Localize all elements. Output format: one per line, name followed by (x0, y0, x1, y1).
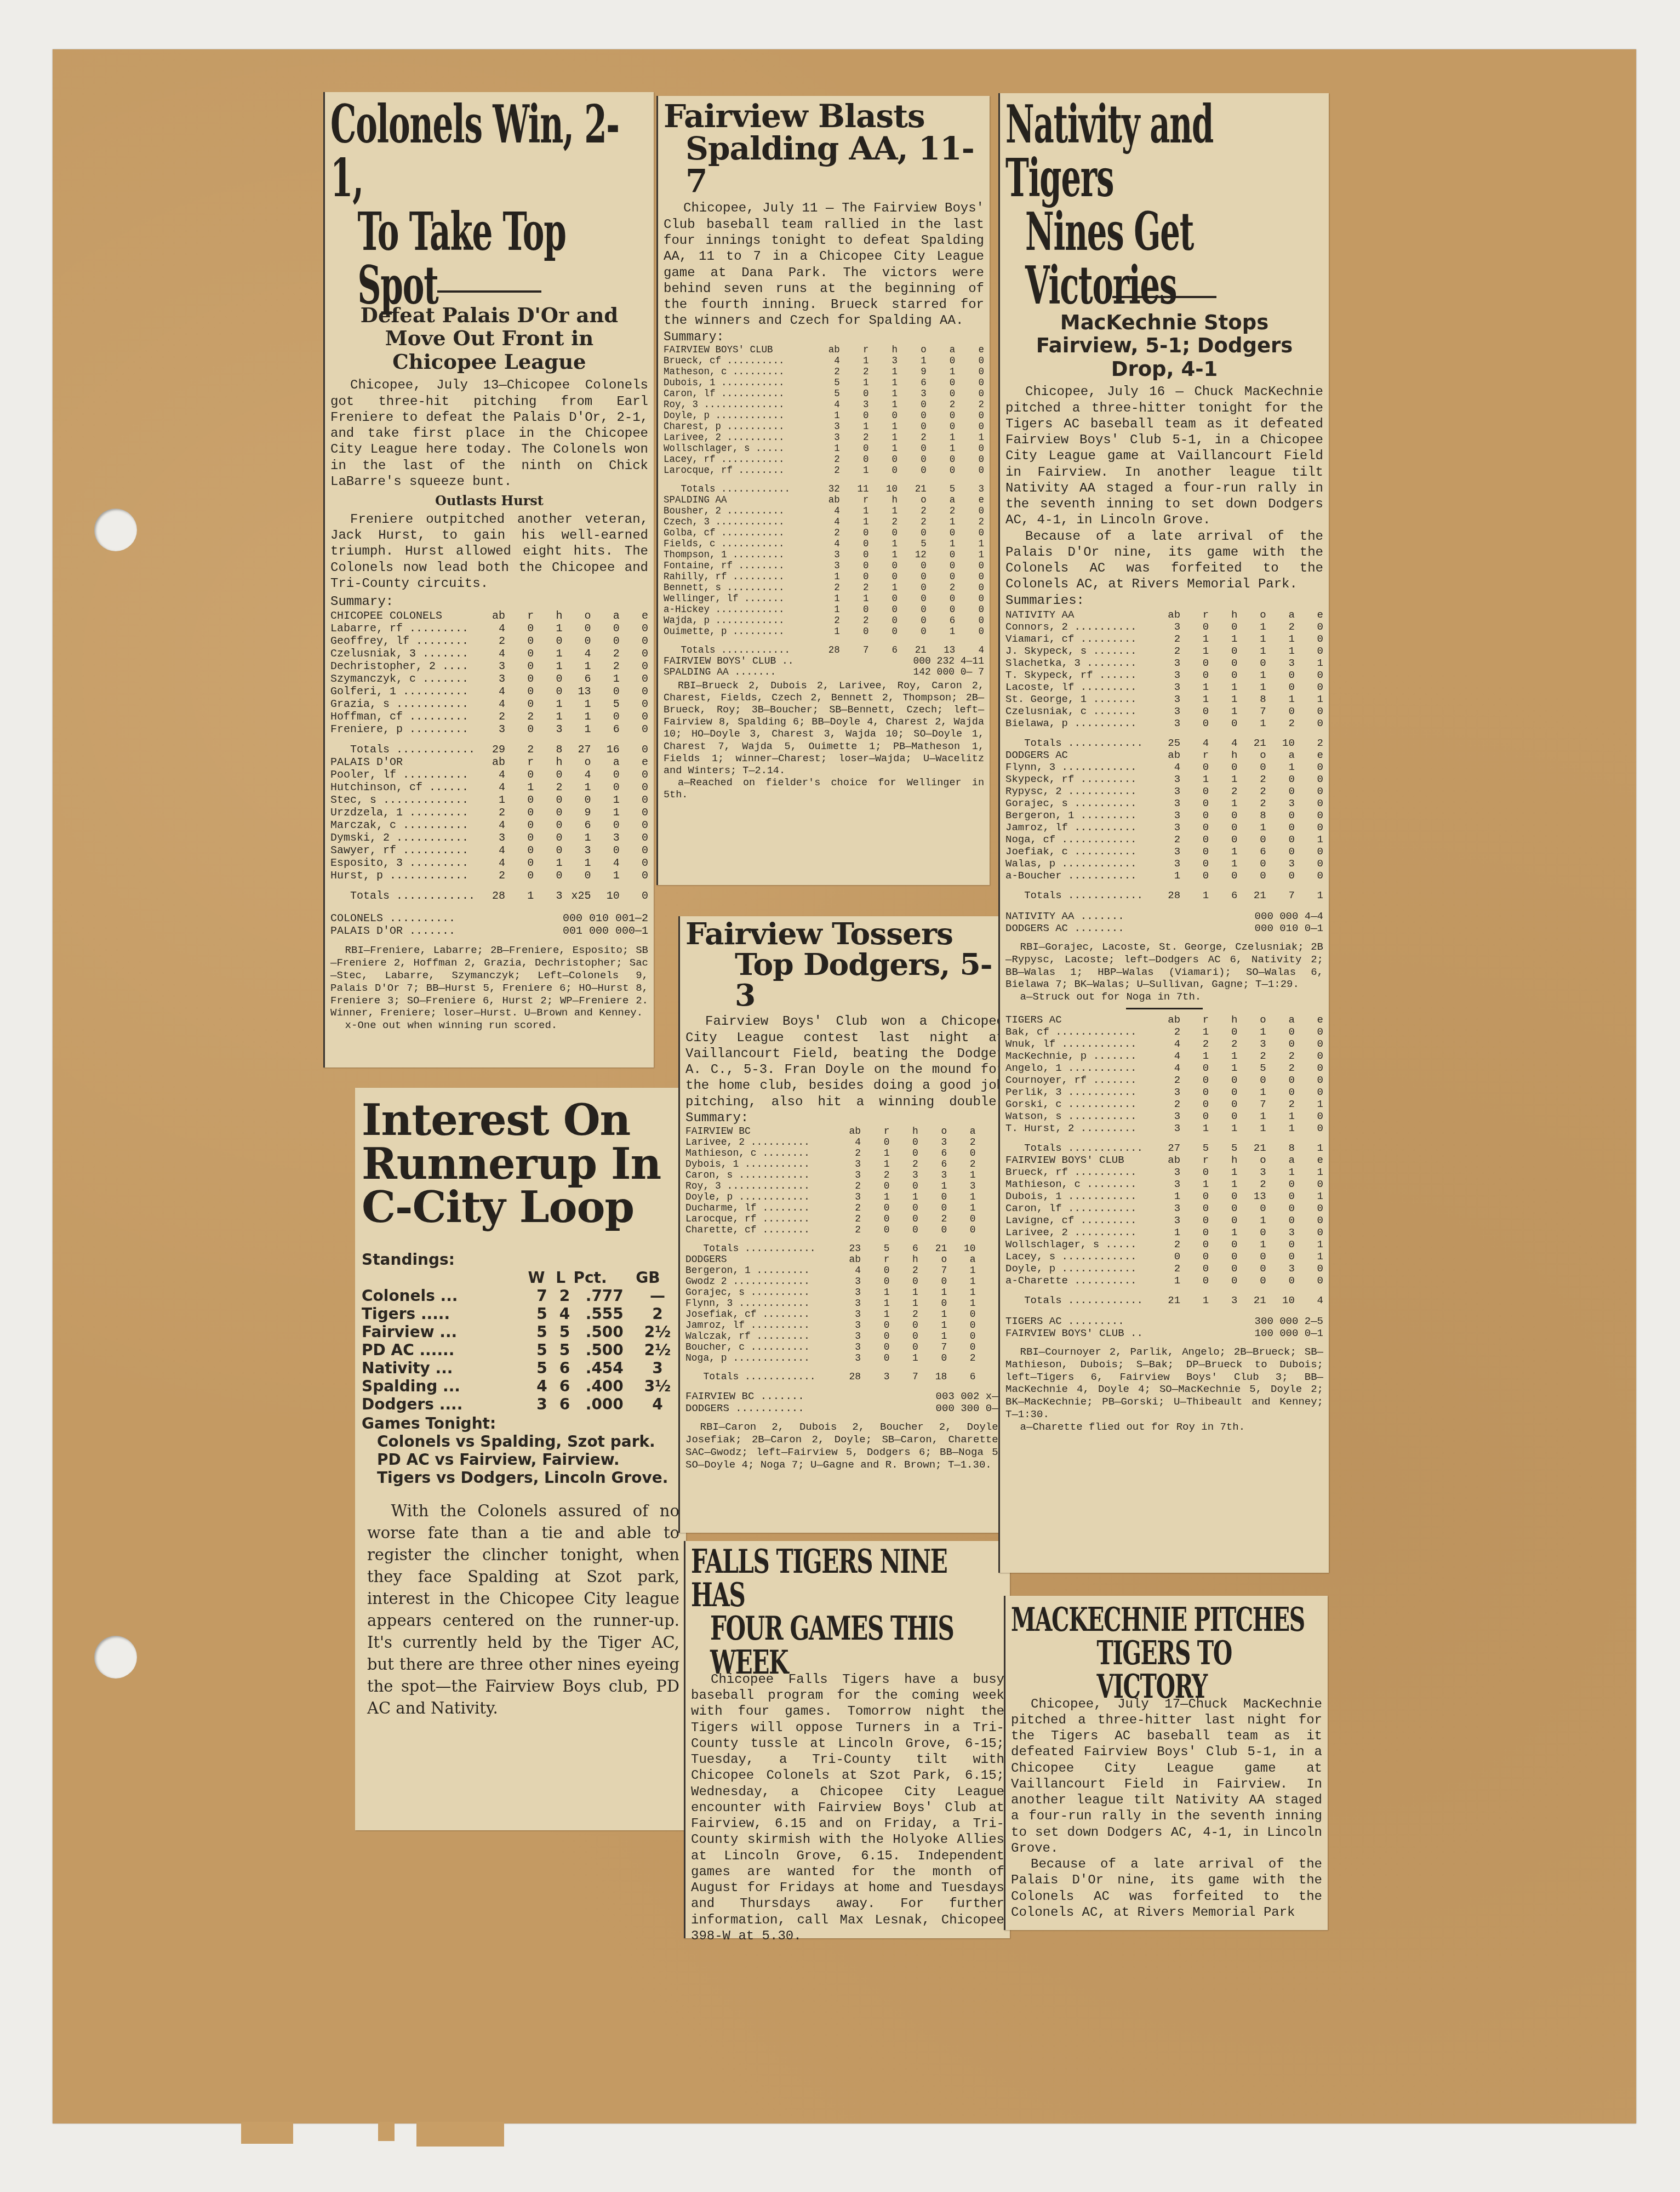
notes-text: RBI—Cournoyer 2, Parlik, Angelo; 2B—Brue… (1005, 1346, 1323, 1421)
box-score-table: FAIRVIEW BOYS' CLUBabrhoaeBrueck, cf ...… (664, 345, 984, 495)
paragraph: With the Colonels assured of no worse fa… (367, 1500, 679, 1719)
box-header-row: DODGERS ACabrhoae (1005, 749, 1323, 761)
subheadline: MacKechnie Stops Fairview, 5-1; Dodgers … (1005, 311, 1323, 381)
player-row: Dubois, 1 ...........1001301 (1005, 1190, 1323, 1202)
player-row: Gwodz 2 .............300010 (685, 1276, 1004, 1287)
line-score-row: COLONELS ..........000 010 001—2 (330, 912, 648, 925)
player-row: Stec, s .............100010 (330, 794, 648, 807)
headline: Nativity and Tigers Nines Get Victories (1005, 98, 1321, 312)
box-header-row: CHICOPEE COLONELSabrhoae (330, 610, 648, 623)
player-row: Larivee, 2 ..........101030 (1005, 1226, 1323, 1238)
line-score-row: SPALDING AA .......142 000 0— 7 (664, 667, 984, 678)
player-row: Thompson, 1 .........3011201 (664, 550, 984, 561)
standings-row: Dodgers ....36.0004 (362, 1395, 679, 1413)
article-body: Chicopee, July 16 — Chuck MacKechnie pit… (1005, 384, 1323, 592)
headline: Colonels Win, 2-1, To Take Top Spot (330, 98, 647, 312)
player-row: Ducharme, lf ........200010 (685, 1203, 1004, 1214)
box-score-table: SPALDING AAabrhoaeBousher, 2 ..........4… (664, 495, 984, 656)
paragraph: Freniere outpitched another veteran, Jac… (330, 512, 648, 592)
box-score-table: PALAIS D'ORabrhoaePooler, lf ..........4… (330, 756, 648, 903)
player-row: Marczak, c ..........400600 (330, 819, 648, 832)
standings-row: Spalding ...46.4003½ (362, 1377, 679, 1395)
headline-line: Top Dodgers, 5-3 (685, 949, 1004, 1011)
player-row: Lacey, s ............000001 (1005, 1251, 1323, 1263)
standings-row: Fairview ...55.5002½ (362, 1323, 679, 1341)
article-body: Chicopee, July 11 — The Fairview Boys' C… (664, 201, 984, 329)
player-row: Brueck, rf ..........301311 (1005, 1166, 1323, 1178)
paragraph: Chicopee, July 17—Chuck MacKechnie pitch… (1011, 1697, 1322, 1857)
headline-line: Spalding AA, 11-7 (664, 133, 984, 197)
footnote: a—Struck out for Noga in 7th. (1005, 991, 1323, 1003)
player-row: Caron, s ............323311 (685, 1170, 1004, 1181)
player-row: J. Skypeck, s .......210110 (1005, 645, 1323, 657)
footnote: x-One out when winning run scored. (330, 1019, 648, 1032)
box-scores: FAIRVIEW BCabrhoaeLarivee, 2 ..........4… (685, 1126, 1004, 1383)
totals-row: Totals ............254421102 (1005, 729, 1323, 749)
player-row: Slachetka, 3 ........300031 (1005, 657, 1323, 669)
box-score-table: TIGERS ACabrhoaeBak, cf .............210… (1005, 1014, 1323, 1154)
headline: Interest On Runnerup In C-City Loop (362, 1099, 679, 1230)
clipping-fairview-blasts: Fairview Blasts Spalding AA, 11-7 Chicop… (656, 96, 990, 885)
totals-row: Totals ............211321104 (1005, 1287, 1323, 1306)
player-row: St. George, 1 .......311811 (1005, 693, 1323, 705)
player-row: Dechristopher, 2 ....301120 (330, 660, 648, 673)
player-row: Hutchinson, cf ......412100 (330, 781, 648, 794)
player-row: Hoffman, cf .........221100 (330, 711, 648, 723)
game-item: Tigers vs Dodgers, Lincoln Grove. (362, 1469, 679, 1487)
totals-row: Totals ............28162171 (1005, 882, 1323, 901)
clipping-nativity-tigers: Nativity and Tigers Nines Get Victories … (998, 93, 1329, 1573)
line-score-2: TIGERS AC .........300 000 2—5FAIRVIEW B… (1005, 1315, 1323, 1339)
paragraph: Chicopee Falls Tigers have a busy baseba… (691, 1672, 1004, 1945)
player-row: Wellinger, lf .......110000 (664, 593, 984, 604)
player-row: Czech, 3 ............412212 (664, 517, 984, 528)
player-row: Golferi, 1 ..........4001300 (330, 686, 648, 698)
player-row: Charest, p ..........311000 (664, 421, 984, 432)
player-row: Lavigne, cf .........300100 (1005, 1214, 1323, 1226)
clipping-colonels-win: Colonels Win, 2-1, To Take Top Spot Defe… (323, 92, 654, 1068)
box-header-row: FAIRVIEW BOYS' CLUBabrhoae (1005, 1154, 1323, 1166)
article-body-2: Freniere outpitched another veteran, Jac… (330, 512, 648, 592)
player-row: Pooler, lf ..........400400 (330, 769, 648, 781)
player-row: Larocque, rf ........200200 (685, 1214, 1004, 1225)
headline-line: Runnerup In (362, 1143, 679, 1186)
player-row: Roy, 3 ..............200131 (685, 1181, 1004, 1192)
player-row: Gorski, c ...........200721 (1005, 1098, 1323, 1110)
headline: Fairview Blasts Spalding AA, 11-7 (664, 100, 984, 197)
player-row: Wollschlager, s .....101010 (664, 443, 984, 454)
player-row: Jamroz, lf ..........300100 (685, 1320, 1004, 1331)
player-row: Czelusniak, c .......301700 (1005, 705, 1323, 717)
player-row: Doyle, p ............100000 (664, 410, 984, 421)
player-row: Labarre, rf .........401000 (330, 623, 648, 635)
player-row: Flynn, 3 ............400010 (1005, 761, 1323, 773)
player-row: Angelo, 1 ...........401520 (1005, 1062, 1323, 1074)
clipping-mackechnie-pitches: MACKECHNIE PITCHES TIGERS TO VICTORY Chi… (1004, 1596, 1328, 1930)
headline-line: Nines Get Victories (1005, 205, 1321, 312)
game-notes: RBI—Caron 2, Dubois 2, Boucher 2, Doyle,… (685, 1421, 1004, 1471)
line-score: FAIRVIEW BC .......003 002 x—5DODGERS ..… (685, 1390, 1004, 1414)
player-row: Doyle, p ............311010 (685, 1192, 1004, 1203)
player-row: Gorajec, s ..........311110 (685, 1287, 1004, 1298)
punch-hole-top (94, 509, 137, 551)
standings-row: Tigers .....54.5552 (362, 1305, 679, 1323)
paragraph: Because of a late arrival of the Palais … (1011, 1857, 1322, 1921)
player-row: a-Hickey ............100000 (664, 604, 984, 615)
player-row: Walas, p ............301030 (1005, 858, 1323, 870)
player-row: Roy, 3 ..............431022 (664, 399, 984, 410)
notes-text: RBI—Freniere, Labarre; 2B—Freniere, Espo… (330, 944, 648, 1019)
standings-row: Colonels ...72.777— (362, 1287, 679, 1305)
headline-line: C-City Loop (362, 1186, 679, 1230)
footnote: a—Charette flied out for Roy in 7th. (1005, 1421, 1323, 1434)
paragraph: Chicopee, July 11 — The Fairview Boys' C… (664, 201, 984, 329)
player-row: Szymanczyk, c .......300610 (330, 673, 648, 686)
player-row: Dubois, 1 ...........511600 (664, 378, 984, 389)
line-score-row: FAIRVIEW BOYS' CLUB ..000 232 4—11 (664, 656, 984, 667)
game-item: Colonels vs Spalding, Szot park. (362, 1432, 679, 1451)
player-row: Mathieson, c ........210600 (685, 1148, 1004, 1159)
box-score-table: FAIRVIEW BOYS' CLUBabrhoaeBrueck, rf ...… (1005, 1154, 1323, 1306)
player-row: Flynn, 3 ............311010 (685, 1298, 1004, 1309)
headline: MACKECHNIE PITCHES TIGERS TO VICTORY (1011, 1603, 1320, 1704)
standings-label: Standings: (362, 1251, 679, 1269)
summary-label: Summary: (330, 594, 648, 610)
player-row: Joefiak, c ..........301600 (1005, 846, 1323, 858)
player-row: T. Skypeck, rf ......300100 (1005, 669, 1323, 681)
standings: Standings: WLPct.GBColonels ...72.777—Ti… (362, 1251, 679, 1487)
player-row: Lacey, rf ...........200000 (664, 454, 984, 465)
article-body: Chicopee, July 13—Chicopee Colonels got … (330, 378, 648, 490)
article-body: Fairview Boys' Club won a Chicopee City … (685, 1014, 1004, 1126)
player-row: Larivee, 2 ..........400320 (685, 1137, 1004, 1148)
line-score-row: FAIRVIEW BOYS' CLUB ..100 000 0—1 (1005, 1327, 1323, 1339)
player-row: Rahilly, rf .........100000 (664, 572, 984, 583)
box-header-row: NATIVITY AAabrhoae (1005, 609, 1323, 621)
line-score: FAIRVIEW BOYS' CLUB ..000 232 4—11SPALDI… (664, 656, 984, 678)
player-row: Walczak, rf .........300101 (685, 1331, 1004, 1342)
player-row: Fields, c ...........401511 (664, 539, 984, 550)
game-notes: RBI—Freniere, Labarre; 2B—Freniere, Espo… (330, 944, 648, 1032)
box-scores: FAIRVIEW BOYS' CLUBabrhoaeBrueck, cf ...… (664, 345, 984, 656)
player-row: a-Charette ..........100000 (1005, 1275, 1323, 1287)
clipping-falls-tigers: FALLS TIGERS NINE HAS FOUR GAMES THIS WE… (684, 1541, 1010, 1938)
player-row: Matheson, c .........221910 (664, 367, 984, 378)
player-row: Freniere, p .........303160 (330, 723, 648, 736)
article-body: Chicopee Falls Tigers have a busy baseba… (691, 1672, 1004, 1945)
box-scores: NATIVITY AAabrhoaeConnors, 2 ..........3… (1005, 609, 1323, 901)
player-row: Ouimette, p .........100010 (664, 626, 984, 637)
player-row: Viamari, cf .........211110 (1005, 633, 1323, 645)
player-row: Perlik, 3 ...........300100 (1005, 1086, 1323, 1098)
punch-hole-bottom (94, 1636, 137, 1679)
player-row: Larocque, rf ........210000 (664, 465, 984, 476)
player-row: Connors, 2 ..........300120 (1005, 621, 1323, 633)
player-row: Larivee, 2 ..........321211 (664, 432, 984, 443)
headline-line: Fairview Tossers (685, 918, 1004, 949)
article-body: With the Colonels assured of no worse fa… (362, 1500, 679, 1719)
box-score-table: NATIVITY AAabrhoaeConnors, 2 ..........3… (1005, 609, 1323, 749)
headline: FALLS TIGERS NINE HAS FOUR GAMES THIS WE… (691, 1545, 1002, 1680)
box-header-row: DODGERSabrhoae (685, 1254, 1004, 1265)
player-row: Dybois, 1 ...........312620 (685, 1159, 1004, 1170)
player-row: Grazia, s ...........401150 (330, 698, 648, 711)
player-row: Skypeck, rf .........311200 (1005, 773, 1323, 785)
line-score-row: DODGERS ...........000 300 0—3 (685, 1402, 1004, 1414)
player-row: Sawyer, rf ..........400300 (330, 844, 648, 857)
player-row: Czelusniak, 3 .......401420 (330, 648, 648, 660)
standings-row: Nativity ...56.4543 (362, 1359, 679, 1377)
notes-text: RBI—Gorajec, Lacoste, St. George, Czelus… (1005, 941, 1323, 991)
headline-line: FALLS TIGERS NINE HAS (691, 1545, 1002, 1612)
player-row: Wajda, p ............220060 (664, 615, 984, 626)
summary-label: Summary: (664, 329, 984, 345)
player-row: Noga, cf ............200001 (1005, 834, 1323, 846)
player-row: Lacoste, lf .........311100 (1005, 681, 1323, 693)
paragraph: Chicopee, July 16 — Chuck MacKechnie pit… (1005, 384, 1323, 528)
player-row: MacKechnie, p .......411220 (1005, 1050, 1323, 1062)
games-tonight: Colonels vs Spalding, Szot park.PD AC vs… (362, 1432, 679, 1487)
game-notes: RBI—Gorajec, Lacoste, St. George, Czelus… (1005, 941, 1323, 1003)
player-row: Caron, lf ...........501300 (664, 389, 984, 399)
headline-line: Nativity and Tigers (1005, 98, 1321, 205)
notes-text: RBI—Caron 2, Dubois 2, Boucher 2, Doyle,… (685, 1421, 1004, 1471)
line-score-row: DODGERS AC ........000 010 0—1 (1005, 922, 1323, 934)
headline-line: MACKECHNIE PITCHES (1011, 1603, 1320, 1637)
paragraph: Because of a late arrival of the Palais … (1005, 529, 1323, 593)
player-row: Doyle, p ............200030 (1005, 1263, 1323, 1275)
player-row: Watson, s ...........300110 (1005, 1110, 1323, 1122)
box-header-row: SPALDING AAabrhoae (664, 495, 984, 506)
player-row: Hurst, p ............200010 (330, 870, 648, 882)
game-item: PD AC vs Fairview, Fairview. (362, 1451, 679, 1469)
headline-line: Colonels Win, 2-1, (330, 98, 647, 205)
headline-line: To Take Top Spot (330, 205, 647, 312)
box-score-table: CHICOPEE COLONELSabrhoaeLabarre, rf ....… (330, 610, 648, 756)
player-row: Rypysc, 2 ...........302200 (1005, 785, 1323, 797)
box-header-row: FAIRVIEW BOYS' CLUBabrhoae (664, 345, 984, 356)
game-notes: RBI—Brueck 2, Dubois 2, Larivee, Roy, Ca… (664, 680, 984, 802)
player-row: Bielawa, p ..........300120 (1005, 717, 1323, 729)
games-label: Games Tonight: (362, 1414, 679, 1432)
player-row: Fontaine, rf ........300000 (664, 561, 984, 572)
player-row: Bak, cf .............210100 (1005, 1026, 1323, 1038)
standings-table: WLPct.GBColonels ...72.777—Tigers .....5… (362, 1269, 679, 1413)
line-score-row: FAIRVIEW BC .......003 002 x—5 (685, 1390, 1004, 1402)
torn-page-edge (241, 2122, 855, 2155)
player-row: Bergeron, 1 .........300800 (1005, 809, 1323, 821)
clipping-fairview-tossers: Fairview Tossers Top Dodgers, 5-3 Fairvi… (678, 916, 1010, 1533)
box-score-table: DODGERSabrhoaeBergeron, 1 .........40271… (685, 1254, 1004, 1383)
line-score-row: PALAIS D'OR .......001 000 000—1 (330, 925, 648, 938)
line-score: NATIVITY AA .......000 000 4—4DODGERS AC… (1005, 910, 1323, 934)
headline-line: TIGERS TO VICTORY (1011, 1637, 1320, 1704)
standings-row: PD AC ......55.5002½ (362, 1341, 679, 1359)
footnote: a—Reached on fielder's choice for Wellin… (664, 777, 984, 801)
summary-label: Summaries: (1005, 593, 1323, 609)
line-score-row: NATIVITY AA .......000 000 4—4 (1005, 910, 1323, 922)
line-score-row: TIGERS AC .........300 000 2—5 (1005, 1315, 1323, 1327)
game-notes-2: RBI—Cournoyer 2, Parlik, Angelo; 2B—Brue… (1005, 1346, 1323, 1434)
article-body: Chicopee, July 17—Chuck MacKechnie pitch… (1011, 1697, 1322, 1921)
player-row: T. Hurst, 2 .........311110 (1005, 1122, 1323, 1134)
player-row: Esposito, 3 .........401140 (330, 857, 648, 870)
box-scores-2: TIGERS ACabrhoaeBak, cf .............210… (1005, 1014, 1323, 1306)
player-row: Mathieson, c ........311200 (1005, 1178, 1323, 1190)
box-score-table: DODGERS ACabrhoaeFlynn, 3 ............40… (1005, 749, 1323, 901)
clipping-interest-runnerup: Interest On Runnerup In C-City Loop Stan… (355, 1088, 686, 1830)
totals-row: Totals ............2813x25100 (330, 882, 648, 903)
player-row: Jamroz, lf ..........300100 (1005, 821, 1323, 834)
paragraph: Fairview Boys' Club won a Chicopee City … (685, 1014, 1004, 1126)
notes-text: RBI—Brueck 2, Dubois 2, Larivee, Roy, Ca… (664, 680, 984, 778)
player-row: Caron, lf ...........300000 (1005, 1202, 1323, 1214)
player-row: Noga, p .............301020 (685, 1353, 1004, 1364)
player-row: Bennett, s ..........221020 (664, 583, 984, 593)
totals-row: Totals ............27552181 (1005, 1134, 1323, 1154)
divider (1126, 1008, 1203, 1009)
totals-row: Totals ............235621102 (685, 1236, 1004, 1254)
player-row: Bousher, 2 ..........411220 (664, 506, 984, 517)
player-row: Wollschlager, s .....200101 (1005, 1238, 1323, 1251)
player-row: Urzdzela, 1 .........200910 (330, 807, 648, 819)
box-header-row: PALAIS D'ORabrhoae (330, 756, 648, 769)
totals-row: Totals ............287621134 (664, 637, 984, 656)
totals-row: Totals ............292827160 (330, 736, 648, 756)
crosshead: Outlasts Hurst (330, 493, 648, 509)
player-row: a-Boucher ...........100000 (1005, 870, 1323, 882)
player-row: Brueck, cf ..........413100 (664, 356, 984, 367)
box-score-table: FAIRVIEW BCabrhoaeLarivee, 2 ..........4… (685, 1126, 1004, 1254)
player-row: Cournoyer, rf .......200000 (1005, 1074, 1323, 1086)
headline-line: Interest On (362, 1099, 679, 1143)
headline: Fairview Tossers Top Dodgers, 5-3 (685, 918, 1004, 1011)
line-score: COLONELS ..........000 010 001—2PALAIS D… (330, 912, 648, 938)
player-row: Josefiak, cf ........312100 (685, 1309, 1004, 1320)
player-row: Geoffrey, lf ........200000 (330, 635, 648, 648)
standings-header: WLPct.GB (362, 1269, 679, 1287)
player-row: Gorajec, s ..........301230 (1005, 797, 1323, 809)
player-row: Dymski, 2 ...........300130 (330, 832, 648, 844)
headline-line: FOUR GAMES THIS WEEK (691, 1612, 1002, 1679)
totals-row: Totals ............3211102153 (664, 476, 984, 495)
box-header-row: TIGERS ACabrhoae (1005, 1014, 1323, 1026)
player-row: Charette, cf ........200000 (685, 1225, 1004, 1236)
player-row: Boucher, c ..........300700 (685, 1342, 1004, 1353)
player-row: Bergeron, 1 .........402710 (685, 1265, 1004, 1276)
paragraph: Chicopee, July 13—Chicopee Colonels got … (330, 378, 648, 490)
box-header-row: FAIRVIEW BCabrhoae (685, 1126, 1004, 1137)
totals-row: Totals ............28371861 (685, 1364, 1004, 1383)
box-scores: CHICOPEE COLONELSabrhoaeLabarre, rf ....… (330, 610, 648, 903)
player-row: Golba, cf ...........200000 (664, 528, 984, 539)
player-row: Wnuk, lf ............422300 (1005, 1038, 1323, 1050)
headline-line: Fairview Blasts (664, 100, 984, 133)
